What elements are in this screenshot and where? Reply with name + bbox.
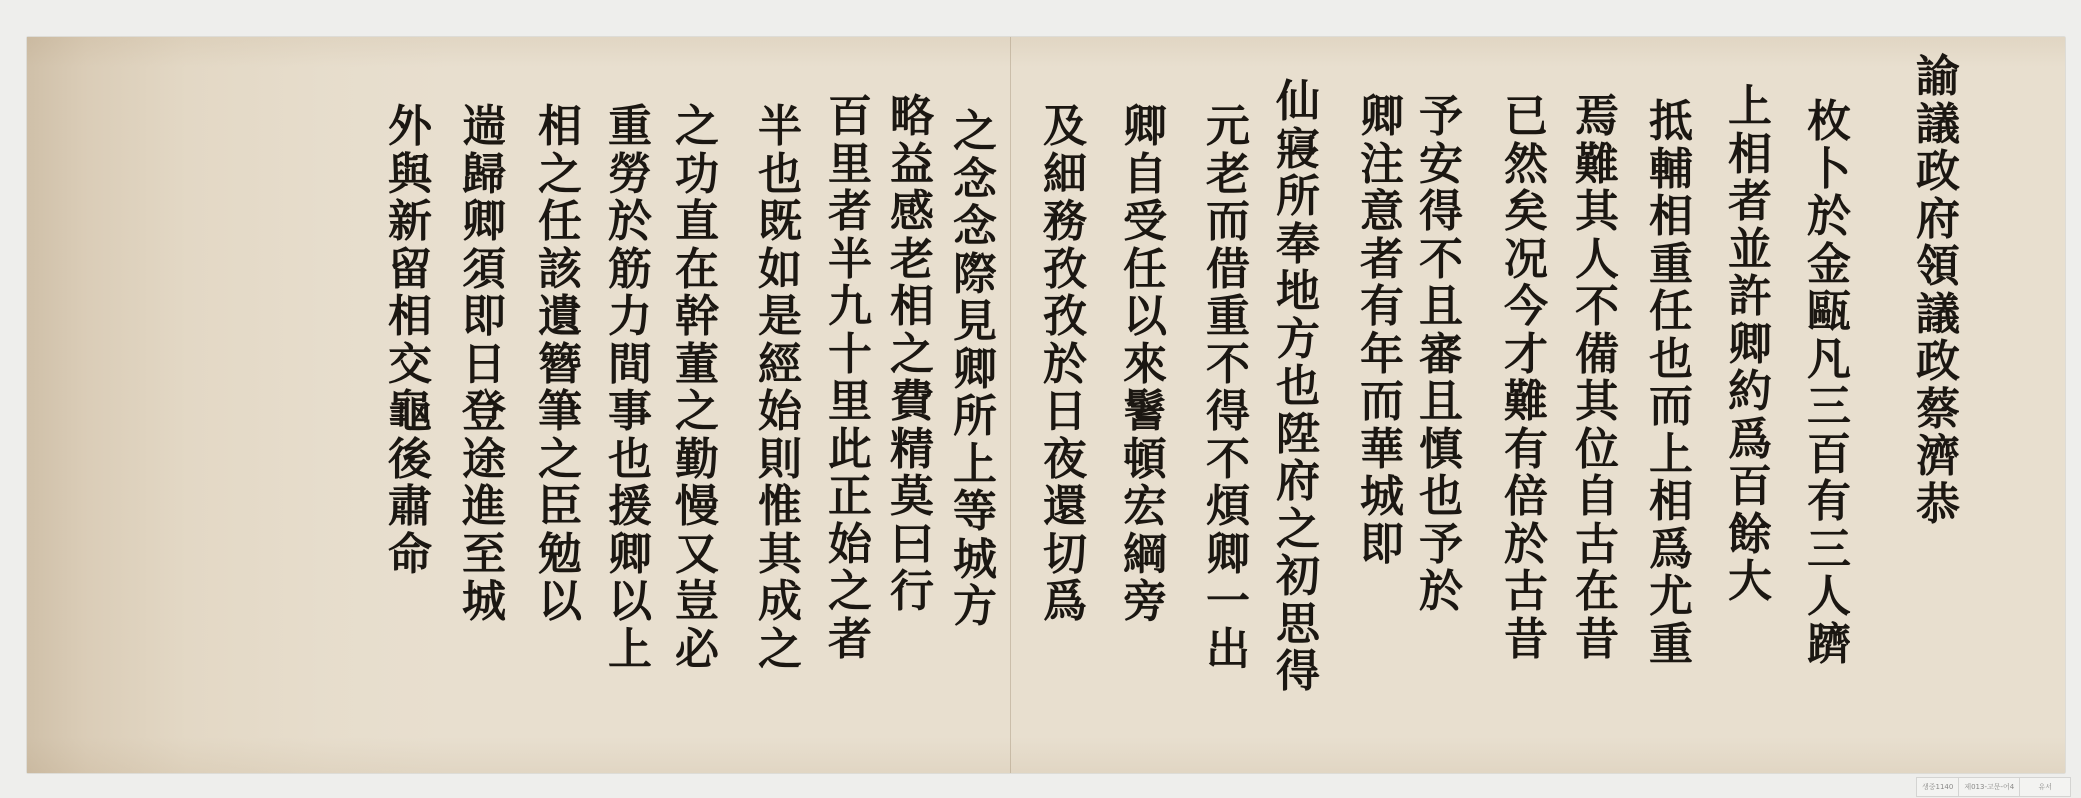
character: 則 [758,436,802,484]
character: 三 [1807,383,1851,431]
character: 濟 [1916,433,1960,481]
character: 費 [890,378,934,426]
character: 慎 [1419,426,1463,474]
character: 肅 [388,483,432,531]
character: 來 [1123,341,1167,389]
character: 之 [890,331,934,379]
character: 又 [675,531,719,579]
character: 政 [1916,148,1960,196]
character: 出 [1206,626,1250,674]
character: 之 [828,568,872,616]
character: 九 [828,283,872,331]
character: 百 [1807,431,1851,479]
character: 筋 [608,246,652,294]
character: 其 [1575,378,1619,426]
text-column: 諭議政府領議政蔡濟恭 [1908,53,1968,528]
character: 卿 [953,346,997,394]
character: 府 [1916,196,1960,244]
character: 卿 [1123,103,1167,151]
character: 意 [1360,188,1404,236]
character: 也 [608,436,652,484]
character: 須 [462,246,506,294]
character: 抵 [1649,98,1693,146]
text-column: 抵輔相重任也而上相爲尤重 [1641,98,1701,668]
character: 甌 [1807,288,1851,336]
text-column: 略益感老相之費精莫曰行 [882,93,942,616]
character: 而 [1649,383,1693,431]
character: 勤 [675,436,719,484]
character: 及 [1043,103,1087,151]
character: 已 [1504,93,1548,141]
character: 如 [758,246,802,294]
text-column: 之念念際見卿所上等城方 [945,108,1005,631]
character: 直 [675,198,719,246]
character: 煩 [1206,483,1250,531]
character: 上 [1649,431,1693,479]
character: 董 [675,341,719,389]
character: 日 [1043,388,1087,436]
character: 卿 [608,531,652,579]
scroll-paper: 諭議政府領議政蔡濟恭枚卜於金甌凡三百有三人躋上相者並許卿約爲百餘大抵輔相重任也而… [27,37,2065,773]
character: 議 [1916,101,1960,149]
character: 重 [1649,241,1693,289]
character: 躋 [1807,621,1851,669]
character: 之 [538,151,582,199]
character: 凡 [1807,336,1851,384]
character: 等 [953,488,997,536]
character: 鬐 [1123,388,1167,436]
character: 注 [1360,141,1404,189]
character: 大 [1728,558,1772,606]
character: 該 [538,246,582,294]
character: 初 [1276,553,1320,601]
character: 昔 [1575,616,1619,664]
character: 命 [388,531,432,579]
character: 上 [608,626,652,674]
character: 所 [1276,173,1320,221]
character: 途 [462,436,506,484]
character: 半 [828,236,872,284]
character: 綱 [1123,531,1167,579]
text-column: 已然矣况今才難有倍於古昔 [1496,93,1556,663]
character: 以 [1123,293,1167,341]
character: 府 [1276,458,1320,506]
character: 勉 [538,531,582,579]
character: 與 [388,151,432,199]
character: 審 [1419,331,1463,379]
character: 予 [1419,93,1463,141]
character: 於 [608,198,652,246]
character: 也 [758,151,802,199]
character: 老 [890,236,934,284]
character: 難 [1575,141,1619,189]
text-column: 半也既如是經始則惟其成之 [750,103,810,673]
character: 古 [1504,568,1548,616]
character: 十 [828,331,872,379]
character: 也 [1276,363,1320,411]
character: 必 [675,626,719,674]
character: 既 [758,198,802,246]
character: 城 [1360,473,1404,521]
text-column: 元老而借重不得不煩卿一出 [1198,103,1258,673]
character: 卿 [1728,321,1772,369]
character: 城 [462,578,506,626]
character: 精 [890,426,934,474]
character: 任 [1649,288,1693,336]
character: 有 [1360,283,1404,331]
character: 還 [1043,483,1087,531]
text-column: 百里者半九十里此正始之者 [820,93,880,663]
character: 事 [608,388,652,436]
character: 地 [1276,268,1320,316]
character: 蔡 [1916,386,1960,434]
character: 受 [1123,198,1167,246]
character: 半 [758,103,802,151]
character: 安 [1419,141,1463,189]
character: 陞 [1276,411,1320,459]
character: 爲 [1649,526,1693,574]
character: 宏 [1123,483,1167,531]
character: 之 [758,626,802,674]
character: 並 [1728,226,1772,274]
character: 得 [1419,188,1463,236]
character: 且 [1419,378,1463,426]
character: 不 [1575,283,1619,331]
character: 仙 [1276,78,1320,126]
character: 不 [1206,436,1250,484]
character: 也 [1419,473,1463,521]
character: 遄 [462,103,506,151]
character: 然 [1504,141,1548,189]
character: 者 [828,616,872,664]
character: 夜 [1043,436,1087,484]
character: 曰 [890,521,934,569]
character: 重 [608,103,652,151]
text-column: 及細務孜孜於日夜還切爲 [1035,103,1095,626]
character: 務 [1043,198,1087,246]
character: 見 [953,298,997,346]
character: 予 [1419,521,1463,569]
character: 進 [462,483,506,531]
character: 卿 [1360,93,1404,141]
character: 有 [1807,478,1851,526]
character: 筆 [538,388,582,436]
text-column: 仙寢所奉地方也陞府之初思得 [1268,78,1328,696]
paper-seam [1010,37,1011,773]
character: 於 [1807,193,1851,241]
character: 爲 [1728,416,1772,464]
character: 昔 [1504,616,1548,664]
character: 念 [953,203,997,251]
character: 切 [1043,531,1087,579]
character: 相 [890,283,934,331]
character: 其 [1575,188,1619,236]
character: 後 [388,436,432,484]
character: 經 [758,341,802,389]
character: 豈 [675,578,719,626]
character: 於 [1419,568,1463,616]
character: 重 [1206,293,1250,341]
character: 不 [1206,341,1250,389]
character: 旁 [1123,578,1167,626]
character: 簪 [538,341,582,389]
character: 任 [1123,246,1167,294]
character: 此 [828,426,872,474]
character: 今 [1504,283,1548,331]
character: 老 [1206,151,1250,199]
character: 人 [1807,573,1851,621]
character: 即 [1360,521,1404,569]
character: 領 [1916,243,1960,291]
character: 其 [758,531,802,579]
character: 頓 [1123,436,1167,484]
character: 孜 [1043,293,1087,341]
character: 上 [1728,83,1772,131]
character: 相 [1649,193,1693,241]
text-column: 枚卜於金甌凡三百有三人躋 [1799,98,1859,668]
character: 細 [1043,151,1087,199]
text-column: 外與新留相交龜後肅命 [380,103,440,578]
character: 成 [758,578,802,626]
character: 任 [538,198,582,246]
character: 爲 [1043,578,1087,626]
character: 華 [1360,426,1404,474]
character: 卿 [1206,531,1250,579]
character: 臣 [538,483,582,531]
character: 者 [828,188,872,236]
text-column: 相之任該遺簪筆之臣勉以 [530,103,590,626]
character: 上 [953,441,997,489]
character: 勞 [608,151,652,199]
text-column: 卿注意者有年而華城即 [1352,93,1412,568]
character: 不 [1419,236,1463,284]
text-column: 予安得不且審且慎也予於 [1411,93,1471,616]
character: 援 [608,483,652,531]
character: 相 [1728,131,1772,179]
character: 自 [1575,473,1619,521]
character: 念 [953,156,997,204]
character: 孜 [1043,246,1087,294]
character: 議 [1916,291,1960,339]
catalog-label-code: 제013-고문-어4 [1959,778,2020,796]
character: 功 [675,151,719,199]
character: 慢 [675,483,719,531]
character: 所 [953,393,997,441]
character: 歸 [462,151,506,199]
character: 相 [538,103,582,151]
character: 奉 [1276,221,1320,269]
character: 龜 [388,388,432,436]
character: 外 [388,103,432,151]
character: 倍 [1504,473,1548,521]
character: 遺 [538,293,582,341]
text-column: 重勞於筋力間事也援卿以上 [600,103,660,673]
character: 百 [828,93,872,141]
character: 許 [1728,273,1772,321]
character: 交 [388,341,432,389]
character: 莫 [890,473,934,521]
character: 得 [1206,388,1250,436]
character: 之 [953,108,997,156]
character: 者 [1728,178,1772,226]
character: 自 [1123,151,1167,199]
character: 里 [828,378,872,426]
character: 日 [462,341,506,389]
character: 得 [1276,648,1320,696]
character: 里 [828,141,872,189]
catalog-label-type: 유서 [2020,778,2070,796]
character: 新 [388,198,432,246]
character: 益 [890,141,934,189]
text-column: 上相者並許卿約爲百餘大 [1720,83,1780,606]
character: 有 [1504,426,1548,474]
character: 方 [1276,316,1320,364]
character: 重 [1649,621,1693,669]
character: 於 [1504,521,1548,569]
character: 位 [1575,426,1619,474]
character: 際 [953,251,997,299]
character: 卜 [1807,146,1851,194]
text-column: 之功直在幹董之勤慢又豈必 [667,103,727,673]
character: 難 [1504,378,1548,426]
character: 備 [1575,331,1619,379]
character: 枚 [1807,98,1851,146]
character: 百 [1728,463,1772,511]
character: 力 [608,293,652,341]
character: 人 [1575,236,1619,284]
character: 留 [388,246,432,294]
character: 在 [1575,568,1619,616]
character: 於 [1043,341,1087,389]
character: 卿 [462,198,506,246]
text-column: 卿自受任以來鬐頓宏綱旁 [1115,103,1175,626]
character: 也 [1649,336,1693,384]
character: 古 [1575,521,1619,569]
character: 惟 [758,483,802,531]
character: 方 [953,583,997,631]
text-column: 焉難其人不備其位自古在昔 [1567,93,1627,663]
character: 三 [1807,526,1851,574]
character: 始 [828,521,872,569]
character: 輔 [1649,146,1693,194]
character: 以 [538,578,582,626]
character: 在 [675,246,719,294]
character: 思 [1276,601,1320,649]
character: 之 [675,388,719,436]
character: 况 [1504,236,1548,284]
catalog-label: 생중1140 제013-고문-어4 유서 [1916,777,2071,797]
character: 而 [1206,198,1250,246]
character: 元 [1206,103,1250,151]
character: 間 [608,341,652,389]
character: 至 [462,531,506,579]
catalog-label-id: 생중1140 [1917,778,1959,796]
character: 城 [953,536,997,584]
character: 始 [758,388,802,436]
character: 才 [1504,331,1548,379]
character: 即 [462,293,506,341]
character: 政 [1916,338,1960,386]
character: 之 [1276,506,1320,554]
character: 相 [388,293,432,341]
character: 諭 [1916,53,1960,101]
character: 借 [1206,246,1250,294]
character: 感 [890,188,934,236]
character: 是 [758,293,802,341]
character: 者 [1360,236,1404,284]
character: 焉 [1575,93,1619,141]
character: 恭 [1916,481,1960,529]
character: 以 [608,578,652,626]
character: 正 [828,473,872,521]
character: 而 [1360,378,1404,426]
character: 寢 [1276,126,1320,174]
character: 尤 [1649,573,1693,621]
character: 之 [675,103,719,151]
character: 年 [1360,331,1404,379]
character: 登 [462,388,506,436]
character: 約 [1728,368,1772,416]
character: 幹 [675,293,719,341]
character: 行 [890,568,934,616]
character: 略 [890,93,934,141]
character: 金 [1807,241,1851,289]
text-column: 遄歸卿須即日登途進至城 [454,103,514,626]
character: 一 [1206,578,1250,626]
character: 之 [538,436,582,484]
character: 矣 [1504,188,1548,236]
character: 相 [1649,478,1693,526]
character: 且 [1419,283,1463,331]
character: 餘 [1728,511,1772,559]
